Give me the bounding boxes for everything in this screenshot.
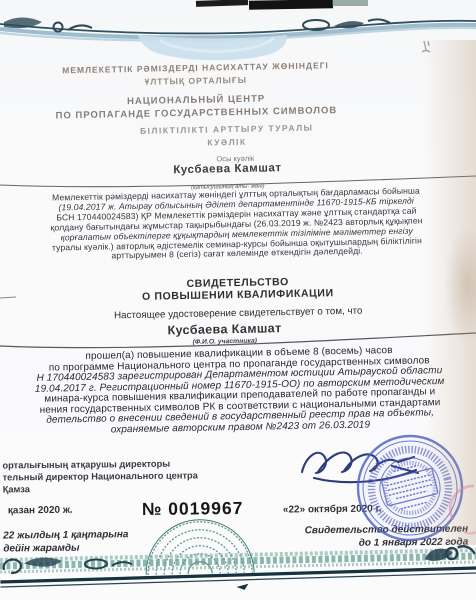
certificate-document: МЕМЛЕКЕТТІК РӘМІЗДЕРДІ НАСИХАТТАУ ЖӨНІНД… [0, 0, 476, 600]
org-header: МЕМЛЕКЕТТІК РӘМІЗДЕРДІ НАСИХАТТАУ ЖӨНІНД… [0, 59, 396, 123]
signer-block: орталығының атқарушы директоры тельный д… [2, 457, 282, 496]
ru-body-paragraph: прошел(а) повышение квалификации в объем… [1, 344, 476, 437]
kk-body-paragraph: Мемлекеттік рәміздерді насихаттау жөнінд… [0, 185, 475, 263]
bottom-guilloche-border [0, 500, 476, 600]
